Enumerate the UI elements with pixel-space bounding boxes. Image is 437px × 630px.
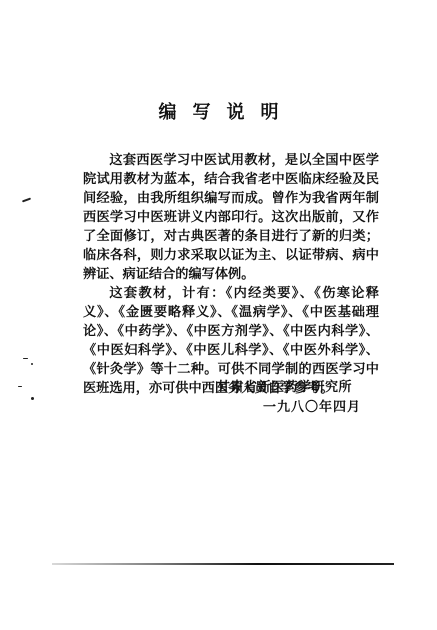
signature-date: 一九八〇年四月 xyxy=(263,396,361,415)
bottom-rule xyxy=(52,563,394,565)
scan-mark xyxy=(23,358,28,359)
scan-mark xyxy=(31,397,34,400)
paragraph-intro: 这套西医学习中医试用教材，是以全国中医学院试用教材为蓝本，结合我省老中医临床经验… xyxy=(83,151,379,284)
page-title: 编写说明 xyxy=(0,98,437,124)
scan-mark xyxy=(18,386,22,387)
scan-mark xyxy=(31,363,33,365)
scan-mark xyxy=(22,198,31,203)
signature-organization: 甘肃省新医药学研究所 xyxy=(217,376,352,395)
document-body: 这套西医学习中医试用教材，是以全国中医学院试用教材为蓝本，结合我省老中医临床经验… xyxy=(83,151,379,398)
